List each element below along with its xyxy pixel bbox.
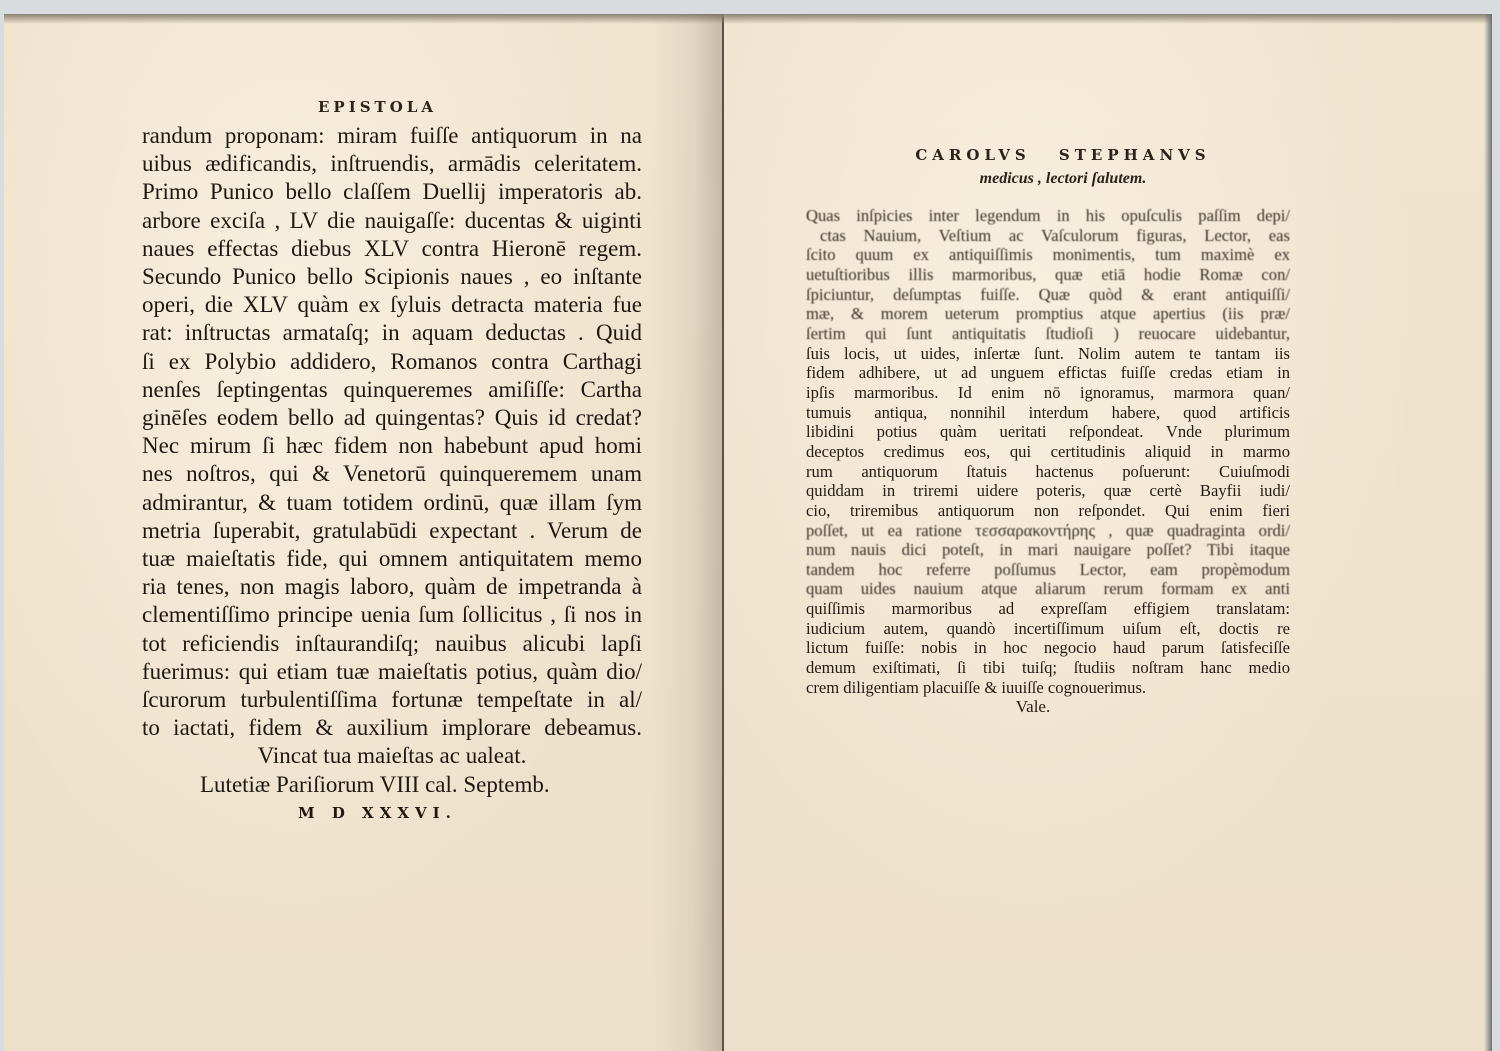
text-line: ſuis locis, ut uides, inſertæ ſunt. Noli… [806, 344, 1290, 364]
author-heading: CAROLVS STEPHANVS [904, 146, 1222, 164]
text-line: num nauis dici poteſt, in mari nauigare … [806, 540, 1290, 560]
text-line: uetuſtioribus illis marmoribus, quæ etiā… [806, 265, 1290, 285]
text-line: tot reficiendis inſtaurandiſq; nauibus a… [142, 630, 642, 658]
text-line: quiſſimis marmoribus ad expreſſam effigi… [806, 599, 1290, 619]
text-line: ginēſes eodem bello ad quingentas? Quis … [142, 404, 642, 432]
text-line: ſcito quum ex antiquiſſimis monimentis, … [806, 245, 1290, 265]
closing-line: Vincat tua maieſtas ac ualeat. [142, 742, 642, 770]
right-page-text: Quas inſpicies inter legendum in his opu… [806, 206, 1290, 717]
text-line: ſpiciuntur, deſumptas fuiſſe. Quæ quòd &… [806, 285, 1290, 305]
text-line: to iactati, fidem & auxilium implorare d… [142, 714, 642, 742]
text-line: tumuis antiqua, nonnihil interdum habere… [806, 403, 1290, 423]
text-line: Nec mirum ſi hæc fidem non habebunt apud… [142, 432, 642, 460]
text-line: iudicium autem, quandò incertiſſimum uiſ… [806, 619, 1290, 639]
text-line: clementiſſimo principe uenia ſum ſollici… [142, 601, 642, 629]
text-line: ſertim qui ſunt antiquitatis ſtudioſi ) … [806, 324, 1290, 344]
page-top-edge [4, 14, 722, 24]
left-page-text: randum proponam: miram fuiſſe antiquorum… [142, 122, 642, 827]
text-line: fidem adhibere, ut ad unguem effictas fu… [806, 363, 1290, 383]
text-line: randum proponam: miram fuiſſe antiquorum… [142, 122, 642, 150]
text-line: poſſet, ut ea ratione τεσσαρακοντήρης , … [806, 521, 1290, 541]
text-line: libidini potius quàm ueritati reſpondeat… [806, 422, 1290, 442]
text-line: tuæ maieſtatis fide, qui omnem antiquita… [142, 545, 642, 573]
page-top-edge [722, 14, 1492, 24]
text-line: Secundo Punico bello Scipionis naues , e… [142, 263, 642, 291]
text-line: ipſis marmoribus. Id enim nō ignoramus, … [806, 383, 1290, 403]
text-line: quam uides nauium atque aliarum rerum fo… [806, 579, 1290, 599]
running-head: EPISTOLA [318, 98, 437, 116]
text-line: ſcurorum turbulentiſſima fortunæ tempeſt… [142, 686, 642, 714]
text-line: fuerimus: qui etiam tuæ maieſtatis potiu… [142, 658, 642, 686]
text-line: rat: inſtructas armataſq; in aquam deduc… [142, 319, 642, 347]
year-line: M D XXXVI. [142, 799, 642, 827]
text-line: demum exiſtimati, ſi tibi tuiſq; ſtudiis… [806, 658, 1290, 678]
text-line: ctas Nauium, Veſtium ac Vaſculorum figur… [806, 226, 1290, 246]
text-line: ria tenes, non magis laboro, quàm de imp… [142, 573, 642, 601]
text-line: nes noſtros, qui & Venetorū quinqueremem… [142, 460, 642, 488]
text-line: deceptos credimus eos, qui certitudinis … [806, 442, 1290, 462]
text-line: uibus ædificandis, inſtruendis, armādis … [142, 150, 642, 178]
text-line: metria ſuperabit, gratulabūdi expectant … [142, 517, 642, 545]
text-line: arbore exciſa , LV die nauigaſſe: ducent… [142, 207, 642, 235]
closing-vale: Vale. [806, 697, 1290, 717]
text-line: ſi ex Polybio addidero, Romanos contra C… [142, 348, 642, 376]
text-line: lictum fuiſſe: nobis in hoc negocio haud… [806, 638, 1290, 658]
text-line: nenſes ſeptingentas quinqueremes amiſiſſ… [142, 376, 642, 404]
place-date-line: Lutetiæ Pariſiorum VIII cal. Septemb. [142, 771, 642, 799]
text-line: mæ, & morem ueterum promptius atque aper… [806, 304, 1290, 324]
text-line: cio, triremibus antiquorum non reſpondet… [806, 501, 1290, 521]
text-line: Quas inſpicies inter legendum in his opu… [806, 206, 1290, 226]
author-subheading: medicus , lectori ſalutem. [904, 170, 1222, 188]
text-line: quiddam in triremi uidere poteris, quæ c… [806, 481, 1290, 501]
text-line: crem diligentiam placuiſſe & iuuiſſe cog… [806, 678, 1290, 698]
text-line: operi, die XLV quàm ex ſyluis detracta m… [142, 291, 642, 319]
text-line: naues effectas diebus XLV contra Hieronē… [142, 235, 642, 263]
text-line: Primo Punico bello claſſem Duellij imper… [142, 178, 642, 206]
text-line: admirantur, & tuam totidem ordinū, quæ i… [142, 489, 642, 517]
text-line: rum antiquorum ſtatuis hactenus poſuerun… [806, 462, 1290, 482]
text-line: tandem hoc referre poſſumus Lector, eam … [806, 560, 1290, 580]
